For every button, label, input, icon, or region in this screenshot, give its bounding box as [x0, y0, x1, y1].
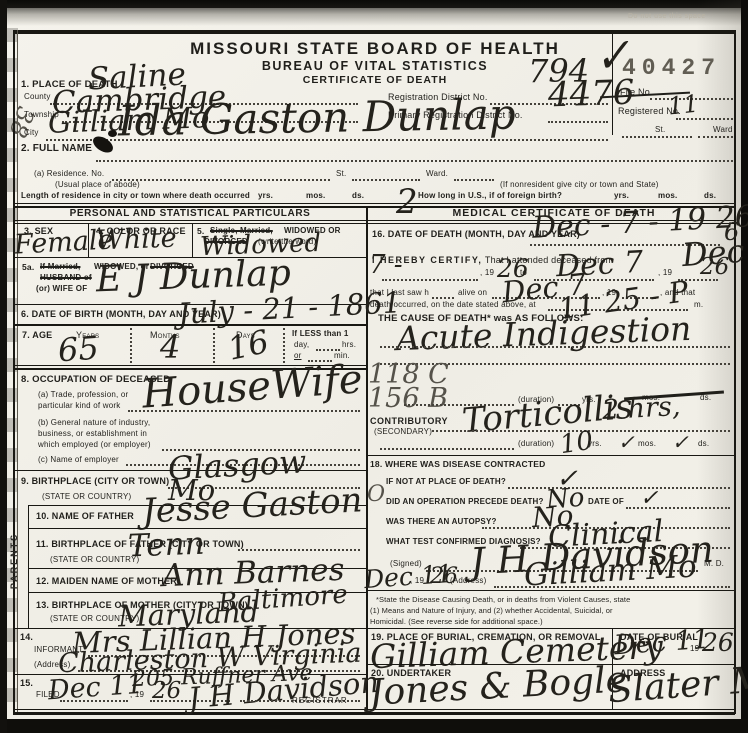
primary-district-line: [548, 121, 608, 123]
sign-address-label: (Address): [450, 577, 486, 586]
filebox-st-label: St.: [655, 126, 665, 135]
cause-line-1: [380, 346, 730, 348]
footnote-line3: Homicidal. (See reverse side for additio…: [370, 618, 543, 626]
length-residence-label: Length of residence in city or town wher…: [21, 192, 250, 201]
certify-19a-label: , 19: [480, 269, 494, 278]
occupation-b2: business, or establishment in: [38, 430, 147, 439]
wife-of-label: (or) WIFE OF: [36, 285, 87, 294]
spouse-value: E J Dunlap: [96, 259, 292, 296]
lastsaw-h-line: [432, 297, 454, 299]
duration2-yrs: yrs.: [588, 440, 602, 449]
footnote-line2: (1) Means and Nature of Injury, and (2) …: [370, 607, 613, 615]
age-days-value: 16: [226, 328, 271, 363]
death-certificate-scan: 38 MISSOURI STATE BOARD OF HEALTH BUREAU…: [0, 0, 748, 733]
ink-blot-small: [108, 130, 117, 137]
filed-year-value: 26: [152, 682, 181, 702]
m5a-number: 5a.: [22, 263, 34, 272]
age-label: 7. AGE: [22, 331, 52, 341]
residence-st-line: [352, 179, 420, 181]
length-yrs-label: yrs.: [258, 192, 273, 201]
md-label: M. D.: [704, 560, 724, 569]
duration2-lead-line: [380, 448, 514, 450]
operation-label: DID AN OPERATION PRECEDE DEATH?: [386, 498, 544, 507]
duration2-ds: ds.: [698, 440, 709, 449]
ifless-or-label: or: [294, 352, 302, 361]
personal-title-rule-1: [13, 220, 366, 221]
personal-section-title: PERSONAL AND STATISTICAL PARTICULARS: [20, 208, 360, 219]
color-value: White: [96, 228, 177, 254]
duration2-check1: ✓: [618, 434, 635, 451]
q18-section-rule: [368, 590, 735, 591]
duration2-label: (duration): [518, 440, 554, 449]
age-divider-1: [130, 328, 132, 363]
certify-from2-value: 7 -: [369, 254, 403, 276]
age-years-value: 65: [57, 335, 100, 365]
howlong-us-label: How long in U.S., if of foreign birth?: [418, 192, 562, 201]
occupation-b3: which employed (or employer): [38, 441, 151, 450]
dob-row-rule: [13, 324, 366, 326]
registered-no-value: 11: [667, 93, 700, 116]
abode-note: (Usual place of abode): [55, 181, 140, 190]
birthplace-label: 9. BIRTHPLACE (CITY OR TOWN): [21, 477, 169, 487]
personal-title-rule-2: [13, 223, 366, 224]
duration1-ds: ds.: [700, 394, 711, 403]
howlong-ds-label: ds.: [704, 192, 716, 201]
sign-address-value: Gilliam Mo: [523, 554, 697, 589]
code-156b: 156 B: [368, 388, 448, 411]
nonresident-note: (If nonresident give city or town and St…: [500, 181, 659, 190]
registrar-label: REGISTRAR: [292, 697, 348, 706]
bureau-subtitle: BUREAU OF VITAL STATISTICS: [160, 60, 590, 74]
filed-date-value: Dec 11: [47, 674, 144, 704]
ifless-label: If LESS than 1: [292, 330, 349, 339]
father-birthplace-value: Tenn: [128, 531, 205, 560]
residence-label: (a) Residence. No.: [34, 170, 104, 179]
ifless-hrs-label: hrs.: [342, 341, 356, 350]
burial-year-value: 26: [702, 632, 734, 653]
contributory-label: CONTRIBUTORY: [370, 417, 448, 427]
length-ds-label: ds.: [352, 192, 364, 201]
form-right-border: [734, 30, 736, 714]
father-value: Jesse Gaston: [141, 486, 363, 526]
undertaker-address-value: Slater Mo: [607, 664, 748, 707]
duration2-check2: ✓: [672, 434, 689, 451]
ifless-day-label: day,: [294, 341, 309, 350]
mother-label: 12. MAIDEN NAME OF MOTHER: [36, 577, 177, 587]
parents-vertical-label: PARENTS: [9, 518, 19, 604]
full-name-value: Ida Gaston Dunlap: [118, 97, 516, 140]
residence-no-line: [112, 179, 330, 181]
column-divider: [366, 206, 368, 710]
father-birthplace-line: [238, 549, 360, 551]
scan-bottom-band: [0, 719, 748, 733]
age-divider-2: [213, 328, 215, 363]
burial-19-label: 19: [690, 645, 699, 654]
registered-no-line: [676, 118, 733, 120]
form-left-border: [13, 30, 15, 714]
county-label: County: [24, 93, 51, 102]
cause-section-rule: [368, 455, 735, 456]
residence-st-label: St.: [336, 170, 346, 179]
q18-label: 18. WHERE WAS DISEASE CONTRACTED: [370, 460, 545, 469]
age-months-value: 4: [160, 334, 180, 361]
occupation-b1: (b) General nature of industry,: [38, 419, 150, 428]
q18b-line: [508, 487, 730, 489]
age-divider-3: [283, 328, 285, 363]
stray-o-mark: O: [367, 486, 385, 505]
birthplace-state-label: (STATE OR COUNTRY): [42, 493, 131, 502]
certify-line2-dota: [382, 279, 478, 281]
board-title: MISSOURI STATE BOARD OF HEALTH: [160, 40, 590, 59]
occupation-c: (c) Name of employer: [38, 456, 119, 465]
date-of-check: ✓: [640, 490, 658, 509]
alive-on-label: alive on: [458, 289, 487, 298]
autopsy-label: WAS THERE AN AUTOPSY?: [386, 518, 497, 527]
occupation-a1: (a) Trade, profession, or: [38, 391, 128, 400]
residence-ward-line: [454, 179, 494, 181]
primary-district-value: 4476: [548, 78, 635, 110]
footnote-line1: *State the Disease Causing Death, or in …: [376, 596, 630, 604]
do-not-use-note: Do not use this space: [628, 13, 706, 21]
m5a-struck-ifmarried: If Married,: [40, 263, 80, 272]
occupation-value: HouseWife: [141, 362, 363, 411]
residence-ward-label: Ward.: [426, 170, 448, 179]
filebox-ward-line: [698, 136, 733, 138]
file-number-stamp: 40427: [622, 55, 721, 81]
duration2-mos: mos.: [638, 440, 656, 449]
husband-of-struck: HUSBAND of: [40, 274, 92, 283]
howlong-mos-label: mos.: [658, 192, 677, 201]
section-divider-rule-1: [13, 203, 735, 204]
sign-19-label: , 19: [410, 577, 424, 586]
time-m-label: m.: [694, 301, 703, 310]
lastsaw-label: that I last saw h: [370, 289, 429, 298]
color-marital-divider: [192, 223, 193, 257]
certify-year-b: 26: [700, 258, 729, 278]
informant-number: 14.: [20, 633, 33, 643]
scan-right-band: [741, 0, 748, 733]
parents-indent-line: [28, 505, 29, 628]
filed-number: 15.: [20, 679, 33, 689]
occupation-a2: particular kind of work: [38, 402, 120, 411]
father-label: 10. NAME OF FATHER: [36, 512, 134, 522]
occurred-label: death occurred, on the date stated above…: [370, 301, 536, 310]
filebox-st-line: [622, 136, 692, 138]
city-label: City: [24, 129, 39, 138]
q18b-label: IF NOT AT PLACE OF DEATH?: [386, 478, 506, 487]
father-birthplace-state-label: (STATE OR COUNTRY): [50, 556, 139, 565]
date-of-label: DATE OF: [588, 498, 624, 507]
full-name-label: 2. FULL NAME: [21, 143, 92, 154]
filebox-ward-label: Ward: [713, 126, 733, 135]
form-left-border-2: [17, 30, 18, 714]
length-mos-label: mos.: [306, 192, 325, 201]
full-name-line: [96, 160, 733, 162]
secondary-label: (SECONDARY): [374, 428, 432, 437]
howlong-yrs-label: yrs.: [614, 192, 629, 201]
